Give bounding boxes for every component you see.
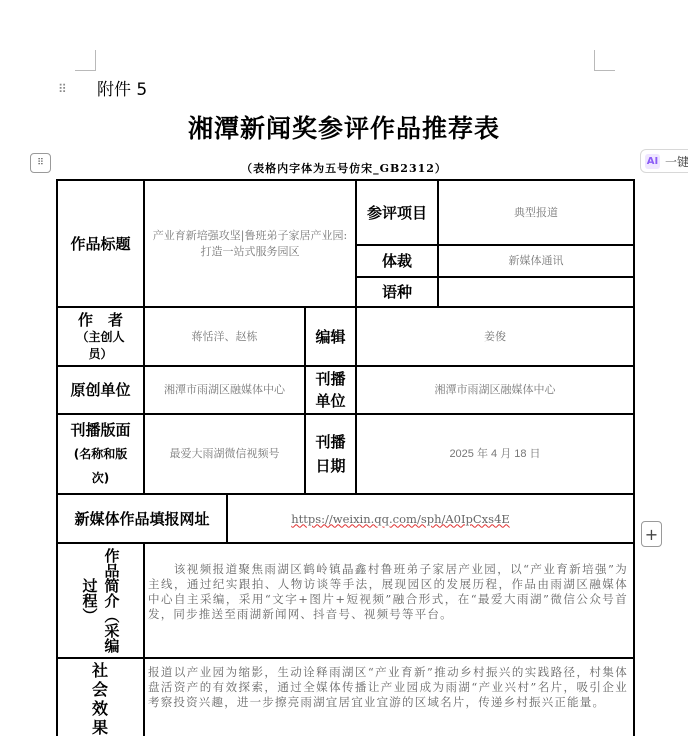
- genre-label: 体裁: [357, 246, 437, 276]
- work-title-label: 作品标题: [58, 181, 143, 306]
- block-drag-handle-icon[interactable]: ⠿: [58, 82, 68, 96]
- ai-icon: AI: [645, 154, 660, 169]
- attachment-label: 附件 5: [97, 79, 147, 101]
- editor-value[interactable]: 姜俊: [357, 308, 633, 365]
- publish-unit-label: 刊播单位: [306, 367, 355, 413]
- effect-value[interactable]: 报道以产业园为缩影，生动诠释雨湖区“产业育新”推动乡村振兴的实践路径，村集体盘活…: [148, 665, 628, 735]
- category-label: 参评项目: [357, 181, 437, 244]
- author-value[interactable]: 蒋恬洋、赵栋: [145, 308, 304, 365]
- author-label: 作 者: [78, 311, 123, 329]
- author-sublabel: （主创人员）: [71, 329, 131, 363]
- publish-date-value[interactable]: 2025 年 4 月 18 日: [357, 415, 633, 493]
- publish-page-value[interactable]: 最爱大雨湖微信视频号: [145, 415, 304, 493]
- publish-page-label: 刊播版面: [70, 418, 130, 442]
- origin-unit-value[interactable]: 湘潭市雨湖区融媒体中心: [145, 367, 304, 413]
- origin-unit-label: 原创单位: [58, 367, 143, 413]
- intro-label: 作品简介（采编过程）: [58, 544, 143, 657]
- url-value[interactable]: https://weixin.qq.com/sph/A0IpCxs4E: [228, 495, 633, 542]
- publish-page-label-cell: 刊播版面 (名称和版次): [58, 415, 143, 493]
- work-title-value[interactable]: 产业育新培强攻坚|鲁班弟子家居产业园:打造一站式服务园区: [150, 181, 350, 306]
- publish-unit-value[interactable]: 湘潭市雨湖区融媒体中心: [357, 367, 633, 413]
- language-value[interactable]: [439, 278, 633, 306]
- ai-button-label: 一键: [665, 153, 688, 170]
- publish-page-sublabel: (名称和版次): [68, 442, 134, 490]
- author-label-cell: 作 者 （主创人员）: [58, 308, 143, 365]
- add-row-button[interactable]: +: [641, 521, 662, 547]
- table-border: [633, 179, 635, 736]
- plus-icon: +: [645, 525, 658, 544]
- ai-assistant-button[interactable]: AI 一键: [640, 149, 688, 173]
- page-corner-mark-right: [594, 50, 615, 71]
- url-link[interactable]: https://weixin.qq.com/sph/A0IpCxs4E: [291, 512, 510, 526]
- intro-value[interactable]: 该视频报道聚焦雨湖区鹤岭镇晶鑫村鲁班弟子家居产业园，以“产业育新培强”为主线，通…: [148, 562, 628, 654]
- url-label: 新媒体作品填报网址: [58, 495, 226, 542]
- table-border: [143, 542, 145, 736]
- category-value[interactable]: 典型报道: [439, 181, 633, 244]
- language-label: 语种: [357, 278, 437, 306]
- genre-value[interactable]: 新媒体通讯: [439, 246, 633, 276]
- document-title: 湘潭新闻奖参评作品推荐表: [0, 112, 688, 146]
- document-subtitle: （表格内字体为五号仿宋_GB2312）: [0, 160, 688, 178]
- editor-label: 编辑: [306, 308, 355, 365]
- page-corner-mark-left: [75, 50, 96, 71]
- effect-label: 社会效果: [88, 659, 112, 736]
- publish-date-label: 刊播日期: [306, 415, 355, 493]
